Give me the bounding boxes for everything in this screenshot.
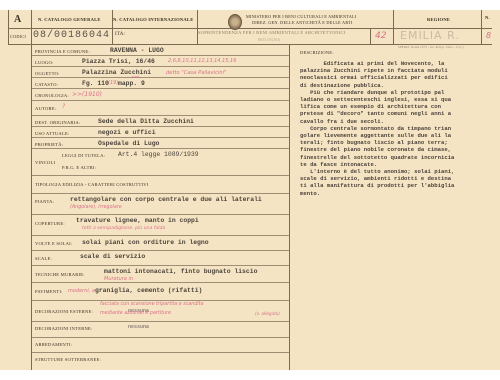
pianta-value: rettangolare con corpo centrale e due al… (70, 196, 262, 203)
volte-solai-label: VOLTE e SOLAI: (35, 241, 72, 246)
oggetto-handwritten: detto "Casa Pallavicini" (166, 70, 226, 76)
row-rule (31, 88, 289, 89)
description-line: Più che riandare dunque al prototipo pal (300, 89, 492, 96)
codici-label: CODICI (10, 34, 26, 39)
uso-attuale-label: USO ATTUALE: (35, 131, 69, 136)
row-rule (31, 175, 289, 176)
description-line: ladiano o settecenteschi inglesi, essa s… (300, 96, 492, 103)
regione-code-handwritten: 42 (375, 31, 386, 41)
row-rule (31, 66, 289, 67)
decorazioni-esterne-label: DECORAZIONI ESTERNE: (35, 309, 93, 314)
description-line: Edificata ai primi del Novecento, la (300, 60, 492, 67)
row-rule (31, 300, 289, 301)
description-column-rule (289, 44, 290, 370)
vincoli-label: VINCOLI (35, 160, 55, 165)
catasto-fg-handwritten: (19) (108, 80, 118, 86)
tecniche-murarie-label: TECNICHE MURARIE: (35, 272, 85, 277)
printer-note: SPEDIZ. Roma 1973 - Ist. Poligr. Stato -… (398, 45, 464, 49)
coperture-handwritten: tetti a semipadiglione, più una falda (82, 226, 165, 231)
ministry-line1: MINISTERO PER I BENI CULTURALI E AMBIENT… (246, 14, 357, 19)
row-rule (31, 148, 289, 149)
description-line: scale di servizio, ambienti ridotti e de… (300, 175, 492, 182)
border-left (8, 10, 9, 44)
arredamenti-label: ARREDAMENTI: (35, 342, 72, 347)
decorazioni-interne-label: DECORAZIONI INTERNE: (35, 326, 92, 331)
description-line: mento. (300, 190, 492, 197)
pavimenti-handwritten: moderni, a (68, 288, 95, 294)
provincia-label: PROVINCIA E COMUNE: (35, 49, 90, 54)
leggi-tutela-label: LEGGI DI TUTELA: (62, 153, 105, 158)
row-rule (31, 250, 289, 251)
luogo-value: Piazza Trisi, 16/46 (82, 58, 155, 65)
strutture-sotterranee-label: STRUTTURE SOTTERRANEE: (35, 357, 101, 362)
row-rule (31, 265, 289, 266)
ministry-line2: DIREZ. GEN. DELLE ANTICHITÀ E DELLE ARTI (252, 20, 353, 25)
luogo-label: LUOGO: (35, 60, 54, 65)
provincia-value: RAVENNA - LUGO (110, 47, 164, 54)
scale-value: scale di servizio (80, 253, 145, 260)
luogo-handwritten: 2,6,8,10,11,12,13,14,15,16 (168, 58, 236, 64)
row-rule (31, 235, 289, 236)
description-line: te da fasce intonacate. (300, 161, 492, 168)
description-line: ti alla manifattura di prodotti per l'ab… (300, 182, 492, 189)
tipologia-label: TIPOLOGIA EDILIZIA - CARATTERI COSTRUTTI… (35, 182, 149, 187)
soprintendenza: SOPRINTENDENZA PER I BENI AMBIENTALI E A… (198, 30, 345, 35)
proprieta-value: Ospedale di Lugo (98, 140, 159, 147)
decorazioni-esterne-handwritten-3: (v. allegato) (255, 311, 280, 316)
uso-attuale-value: negozi e uffici (98, 129, 156, 136)
oggetto-value: Palazzina Zucchini (82, 69, 151, 76)
description-line: lifica come un esempio di architettura c… (300, 103, 492, 110)
catasto-mapp: mapp. 9 (118, 80, 145, 87)
autore-label: AUTORE: (35, 106, 56, 111)
header-col-rule-5 (370, 28, 371, 44)
pianta-handwritten: (Angolare), irregolare (70, 205, 122, 210)
section-letter: A (14, 14, 21, 25)
regione-value: EMILIA R. (400, 29, 460, 42)
catasto-mapp-handwritten: part (132, 75, 139, 79)
republic-emblem-icon (228, 14, 242, 30)
coperture-label: COPERTURE: (35, 221, 65, 226)
row-rule (31, 100, 289, 101)
volte-solai-value: solai piani con orditure in legno (82, 239, 209, 246)
ita-label: ITA: (115, 32, 125, 37)
row-rule (31, 337, 289, 338)
row-rule (31, 77, 289, 78)
row-rule (31, 282, 289, 283)
description-line: di destinazione pubblica. (300, 82, 492, 89)
pianta-label: PIANTA: (35, 199, 54, 204)
oggetto-label: OGGETTO: (35, 71, 59, 76)
row-rule (31, 126, 289, 127)
tecniche-murarie-handwritten: Muratura in (104, 276, 133, 282)
row-rule (31, 214, 289, 215)
left-column-rule (31, 10, 32, 370)
row-rule (31, 55, 289, 56)
row-rule (31, 193, 289, 194)
scale-label: SCALE: (35, 256, 52, 261)
row-rule (31, 321, 289, 322)
codice-generale-value: 08/00186044 (33, 30, 110, 41)
decorazioni-interne-value: nessuna (128, 324, 149, 330)
description-line: L'interno è del tutto anonimo; solai pia… (300, 168, 492, 175)
decorazioni-esterne-handwritten-2: mediante azzonali e partiture (100, 311, 171, 316)
description-line: palazzina Zucchini ripete in facciata mo… (300, 67, 492, 74)
header-col-rule-2 (197, 10, 198, 44)
description-line: terali; finto bugnato liscio al piano te… (300, 139, 492, 146)
decorazioni-esterne-handwritten-1: facciata con scansione tripartita e scan… (100, 302, 204, 307)
dest-originaria-label: DEST. ORIGINARIA: (35, 120, 80, 125)
description-line: Corpo centrale sormontato da timpano tri… (300, 125, 492, 132)
catasto-fg: Fg. 110 (82, 80, 109, 87)
row-rule (31, 137, 289, 138)
n-label: N. (485, 15, 490, 20)
description-line: pretese di "decoro" tanto comuni negli a… (300, 110, 492, 117)
descrizione-label: DESCRIZIONE: (300, 50, 334, 55)
header-col-rule-4 (481, 10, 482, 44)
dest-originaria-value: Sede della Ditta Zucchini (98, 118, 194, 125)
n-value-handwritten: 8 (486, 31, 491, 40)
autore-handwritten: ? (62, 103, 65, 110)
catalogo-internazionale-label: N. CATALOGO INTERNAZIONALE (113, 17, 193, 22)
cronologia-label: CRONOLOGIA: (35, 93, 69, 98)
coperture-value: travature lignee, manto in coppi (76, 217, 199, 224)
description-line: finestre del piano nobile coronate da ci… (300, 146, 492, 153)
description-line: golare lievemente aggettante sulle due a… (300, 132, 492, 139)
leggi-tutela-value: Art.4 legge 1089/1939 (118, 151, 199, 158)
descrizione-text: Edificata ai primi del Novecento, la pal… (300, 60, 492, 197)
soprintendenza-city: BOLOGNA (258, 37, 280, 42)
description-line: cavallo fra i due secoli. (300, 118, 492, 125)
regione-label: REGIONE (427, 17, 450, 22)
header-col-rule-1 (112, 10, 113, 44)
prg-label: P.R.G. E ALTRI: (62, 165, 96, 170)
cronologia-handwritten: >>(1910) (72, 91, 102, 98)
catasto-label: CATASTO: (35, 82, 58, 87)
description-line: neoclassici ormai ufficializzati per edi… (300, 74, 492, 81)
proprieta-label: PROPRIETÀ: (35, 142, 63, 147)
row-rule (31, 115, 289, 116)
pavimenti-value: graniglia, cemento (rifatti) (95, 287, 202, 294)
description-line: finestrelle del sottotetto quadrate inco… (300, 154, 492, 161)
catalogo-generale-label: N. CATALOGO GENERALE (38, 17, 101, 22)
pavimenti-label: PAVIMENTI: (35, 289, 63, 294)
row-rule (31, 352, 289, 353)
header-col-rule-3 (393, 10, 394, 44)
tecniche-murarie-value: mattoni intonacati, finto bugnato liscio (104, 268, 257, 275)
